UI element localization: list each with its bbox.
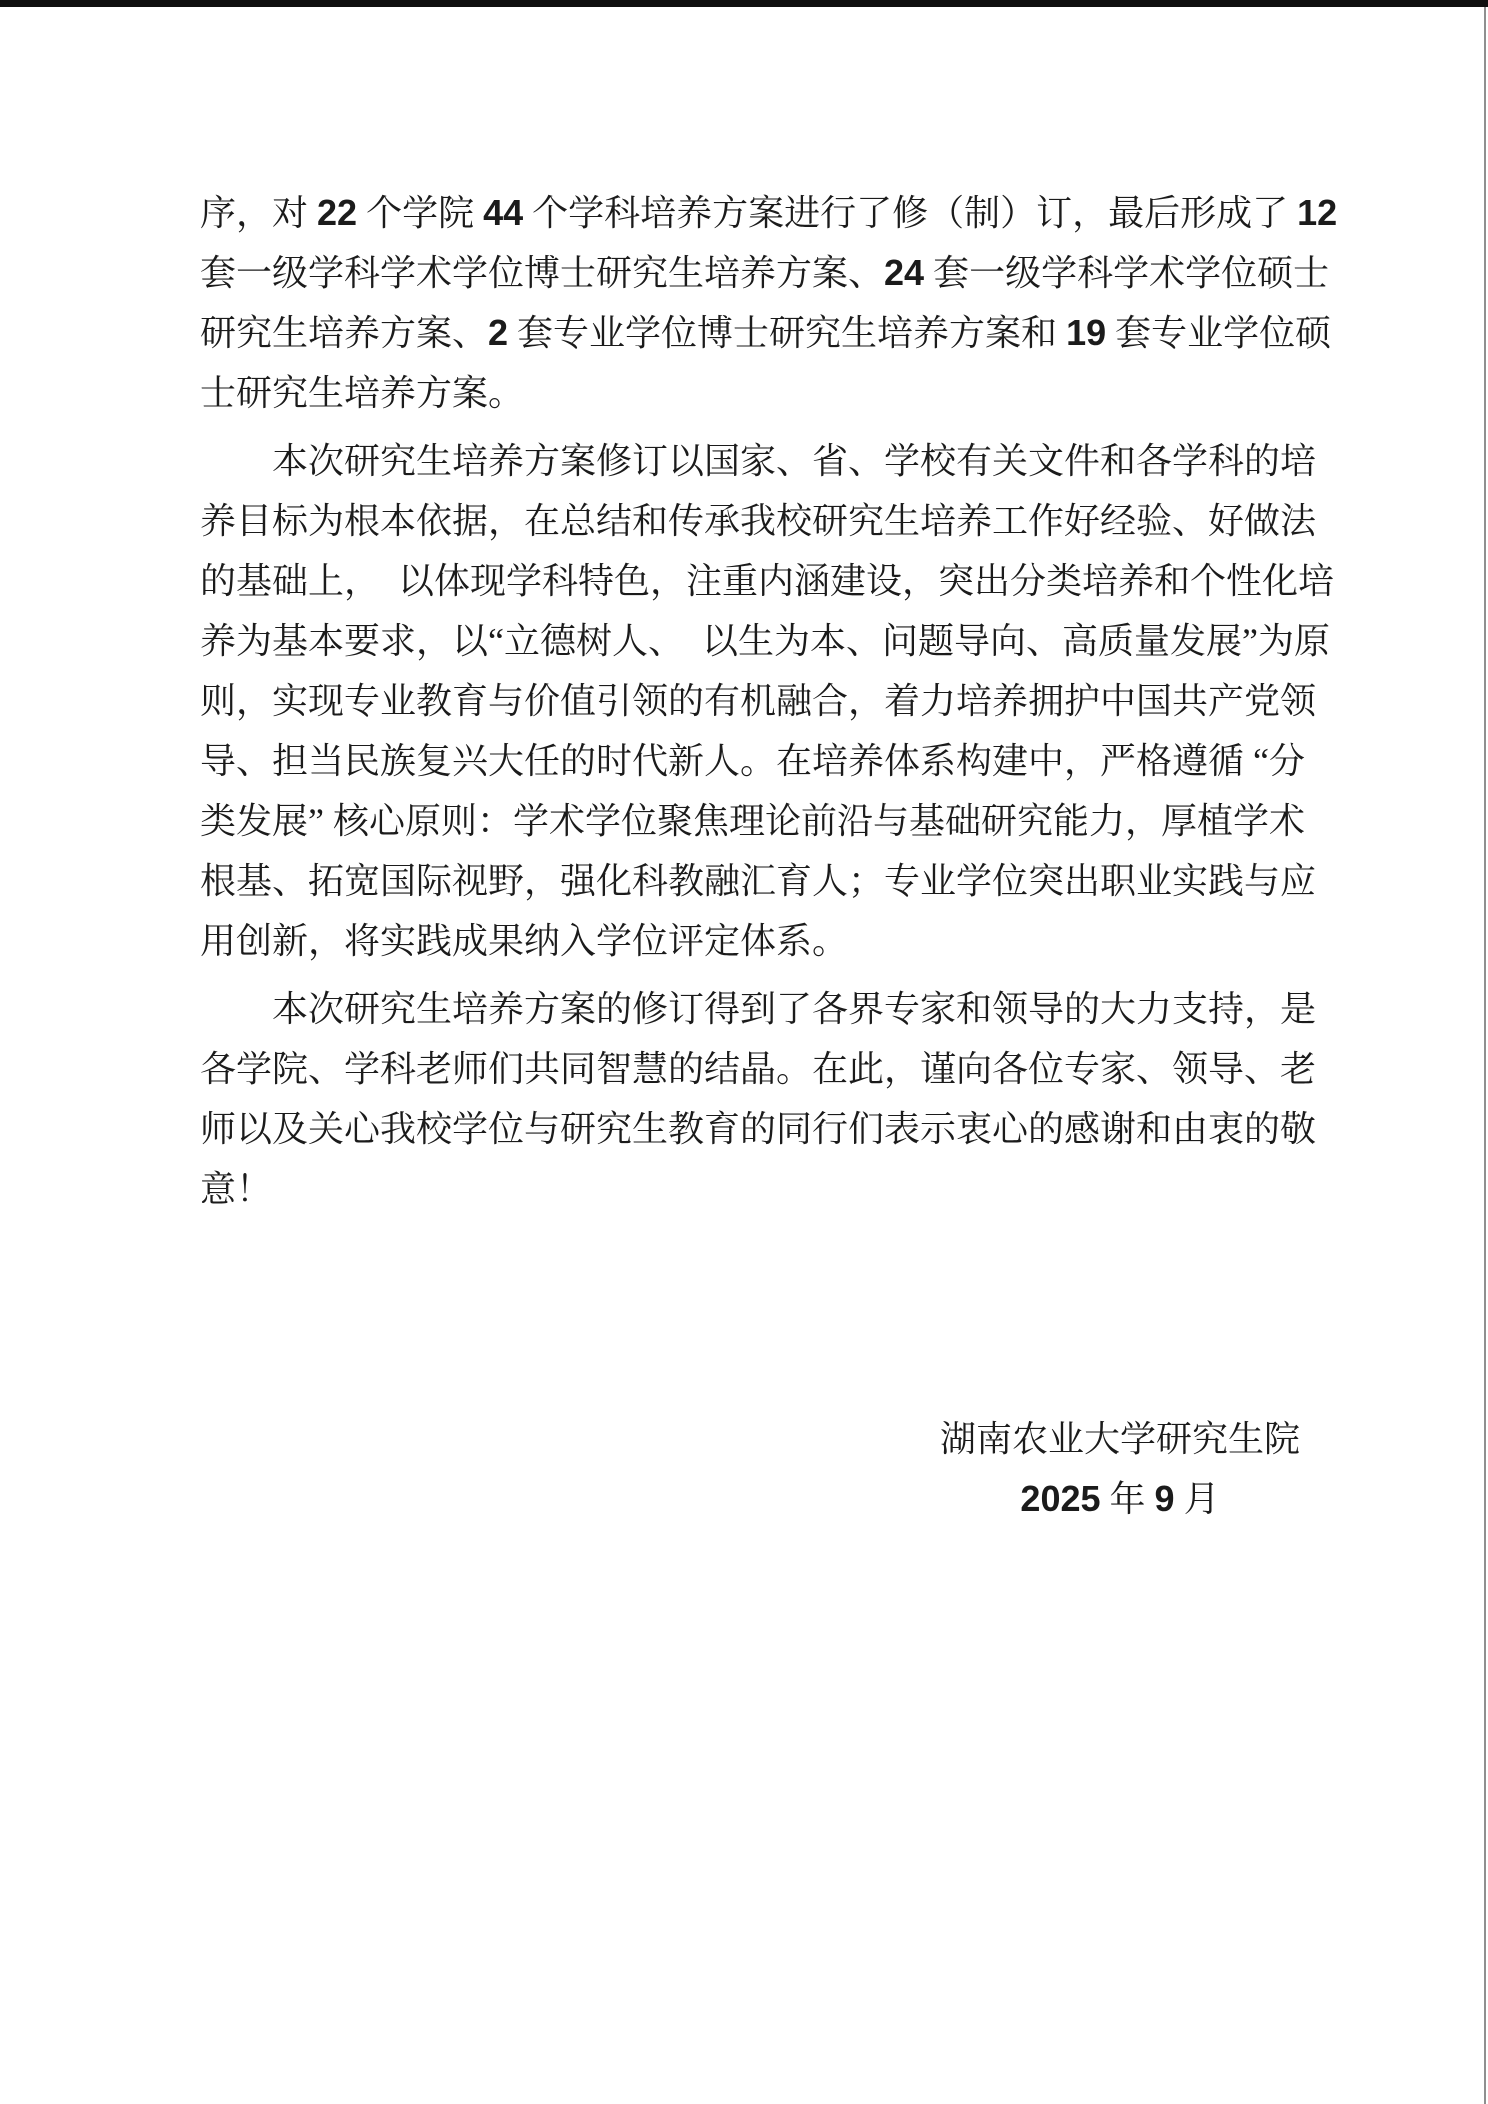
signature-org: 湖南农业大学研究生院 [940,1409,1300,1469]
doc-line: 意！ [200,1159,1300,1219]
paragraph-2: 本次研究生培养方案修订以国家、省、学校有关文件和各学科的培 养目标为根本依据，在… [200,431,1300,971]
doc-line: 研究生培养方案、2 套专业学位博士研究生培养方案和 19 套专业学位硕 [200,303,1300,363]
paragraph-3: 本次研究生培养方案的修订得到了各界专家和领导的大力支持，是 各学院、学科老师们共… [200,979,1300,1219]
doc-line: 养目标为根本依据，在总结和传承我校研究生培养工作好经验、好做法 [200,491,1300,551]
document-body: 序，对 22 个学院 44 个学科培养方案进行了修（制）订，最后形成了 12 套… [200,183,1300,1529]
doc-line: 套一级学科学术学位博士研究生培养方案、24 套一级学科学术学位硕士 [200,243,1300,303]
page: { "page": { "width": 1488, "height": 210… [0,0,1488,2104]
top-edge-bar [0,0,1488,7]
signature-date: 2025 年 9 月 [940,1469,1300,1529]
doc-line: 用创新，将实践成果纳入学位评定体系。 [200,911,1300,971]
doc-line: 根基、拓宽国际视野，强化科教融汇育人；专业学位突出职业实践与应 [200,851,1300,911]
signature-block: 湖南农业大学研究生院 2025 年 9 月 [940,1409,1300,1529]
doc-line: 序，对 22 个学院 44 个学科培养方案进行了修（制）订，最后形成了 12 [200,183,1300,243]
doc-line: 师以及关心我校学位与研究生教育的同行们表示衷心的感谢和由衷的敬 [200,1099,1300,1159]
doc-line: 类发展” 核心原则：学术学位聚焦理论前沿与基础研究能力，厚植学术 [200,791,1300,851]
doc-line: 的基础上， 以体现学科特色，注重内涵建设，突出分类培养和个性化培 [200,551,1300,611]
doc-line: 则，实现专业教育与价值引领的有机融合，着力培养拥护中国共产党领 [200,671,1300,731]
right-edge-line [1484,7,1486,2104]
doc-line: 士研究生培养方案。 [200,363,1300,423]
doc-line: 导、担当民族复兴大任的时代新人。在培养体系构建中，严格遵循 “分 [200,731,1300,791]
doc-line: 养为基本要求，以“立德树人、 以生为本、问题导向、高质量发展”为原 [200,611,1300,671]
doc-line: 各学院、学科老师们共同智慧的结晶。在此，谨向各位专家、领导、老 [200,1039,1300,1099]
doc-line: 本次研究生培养方案的修订得到了各界专家和领导的大力支持，是 [200,979,1300,1039]
paragraph-1: 序，对 22 个学院 44 个学科培养方案进行了修（制）订，最后形成了 12 套… [200,183,1300,423]
doc-line: 本次研究生培养方案修订以国家、省、学校有关文件和各学科的培 [200,431,1300,491]
